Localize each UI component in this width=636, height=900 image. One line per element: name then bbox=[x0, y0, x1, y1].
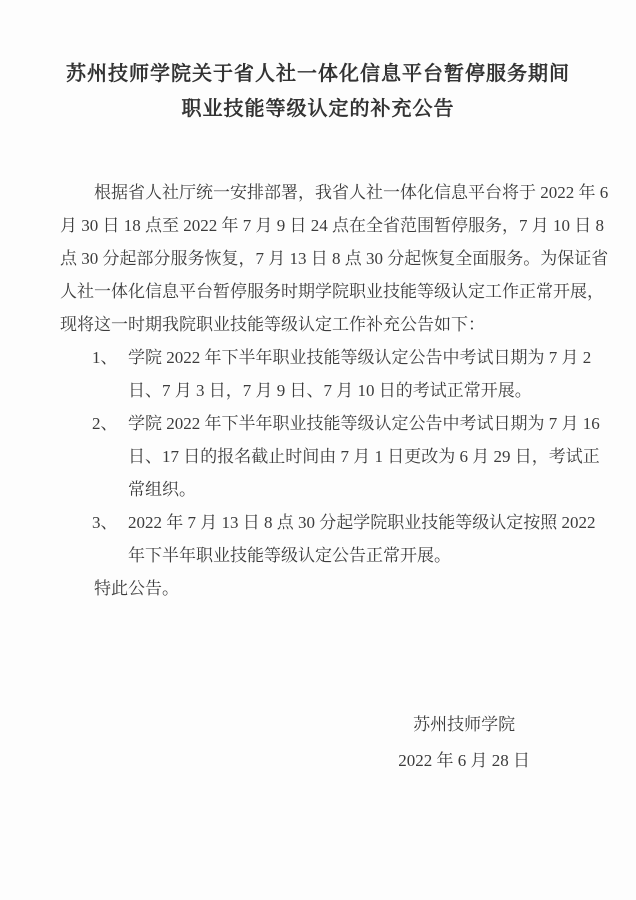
list-item-1-line-2: 日、7 月 3 日，7 月 9 日、7 月 10 日的考试正常开展。 bbox=[128, 374, 592, 407]
list-item-3-number: 3、 bbox=[92, 506, 118, 539]
announcement-document: 苏州技师学院关于省人社一体化信息平台暂停服务期间 职业技能等级认定的补充公告 根… bbox=[0, 0, 636, 900]
intro-line-4: 人社一体化信息平台暂停服务时期学院职业技能等级认定工作正常开展， bbox=[60, 275, 592, 308]
intro-line-3: 点 30 分起部分服务恢复，7 月 13 日 8 点 30 分起恢复全面服务。为… bbox=[60, 242, 592, 275]
list-item-2-line-2: 日、17 日的报名截止时间由 7 月 1 日更改为 6 月 29 日，考试正 bbox=[128, 440, 592, 473]
document-body: 根据省人社厅统一安排部署，我省人社一体化信息平台将于 2022 年 6 月 30… bbox=[0, 176, 636, 605]
signature-date: 2022 年 6 月 28 日 bbox=[398, 743, 530, 779]
document-title: 苏州技师学院关于省人社一体化信息平台暂停服务期间 职业技能等级认定的补充公告 bbox=[0, 0, 636, 127]
list-item-1: 1、 学院 2022 年下半年职业技能等级认定公告中考试日期为 7 月 2 日、… bbox=[60, 341, 592, 407]
list-item-3-line-2: 年下半年职业技能等级认定公告正常开展。 bbox=[128, 539, 592, 572]
list-item-2-line-1: 学院 2022 年下半年职业技能等级认定公告中考试日期为 7 月 16 bbox=[128, 407, 592, 440]
list-item-2: 2、 学院 2022 年下半年职业技能等级认定公告中考试日期为 7 月 16 日… bbox=[60, 407, 592, 506]
list-item-2-line-3: 常组织。 bbox=[128, 473, 592, 506]
list-item-3: 3、 2022 年 7 月 13 日 8 点 30 分起学院职业技能等级认定按照… bbox=[60, 506, 592, 572]
document-title-line-2: 职业技能等级认定的补充公告 bbox=[0, 92, 636, 127]
document-title-line-1: 苏州技师学院关于省人社一体化信息平台暂停服务期间 bbox=[0, 57, 636, 92]
signature-org: 苏州技师学院 bbox=[398, 707, 530, 743]
list-item-1-number: 1、 bbox=[92, 341, 118, 374]
intro-line-1: 根据省人社厅统一安排部署，我省人社一体化信息平台将于 2022 年 6 bbox=[60, 176, 592, 209]
list-item-2-number: 2、 bbox=[92, 407, 118, 440]
intro-line-5: 现将这一时期我院职业技能等级认定工作补充公告如下： bbox=[60, 308, 592, 341]
signature-block: 苏州技师学院 2022 年 6 月 28 日 bbox=[398, 707, 530, 779]
closing-line: 特此公告。 bbox=[60, 572, 592, 605]
list-item-3-line-1: 2022 年 7 月 13 日 8 点 30 分起学院职业技能等级认定按照 20… bbox=[128, 506, 592, 539]
list-item-1-line-1: 学院 2022 年下半年职业技能等级认定公告中考试日期为 7 月 2 bbox=[128, 341, 592, 374]
intro-line-2: 月 30 日 18 点至 2022 年 7 月 9 日 24 点在全省范围暂停服… bbox=[60, 209, 592, 242]
